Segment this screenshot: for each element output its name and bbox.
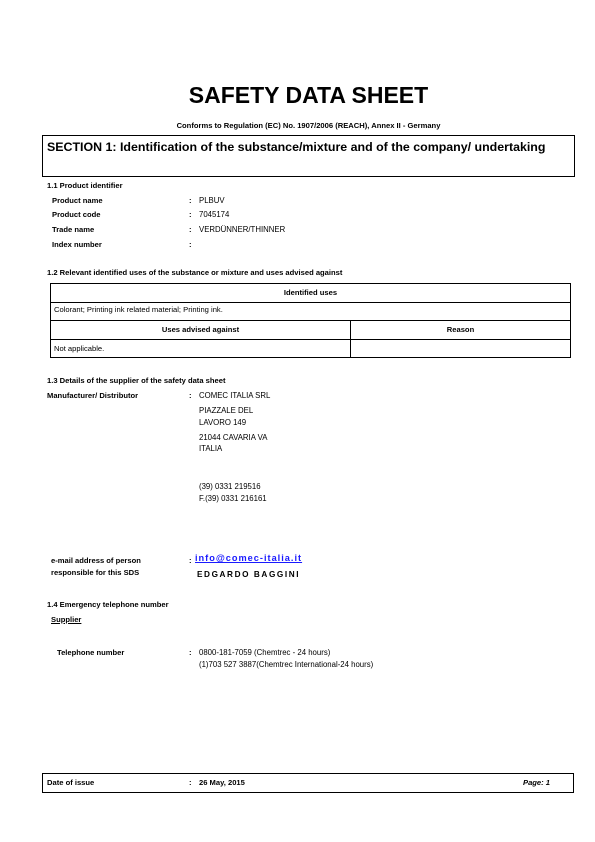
table-row: Identified uses	[51, 284, 571, 303]
address-line-4: ITALIA	[199, 444, 222, 453]
colon: :	[189, 391, 192, 400]
product-code-label: Product code	[52, 210, 101, 219]
identified-uses-table: Identified uses Colorant; Printing ink r…	[50, 283, 571, 358]
email-label-line-1: e-mail address of person	[51, 556, 141, 565]
supplier-subheading: Supplier	[51, 615, 81, 624]
telephone-line-2: (1)703 527 3887(Chemtrec International-2…	[199, 660, 373, 669]
colon: :	[189, 648, 192, 657]
email-label-line-2: responsible for this SDS	[51, 568, 139, 577]
email-link[interactable]: info@comec-italia.it	[195, 553, 302, 563]
emergency-telephone-heading: 1.4 Emergency telephone number	[47, 600, 169, 609]
responsible-person: EDGARDO BAGGINI	[197, 570, 300, 579]
address-line-1: PIAZZALE DEL	[199, 406, 253, 415]
colon: :	[189, 225, 192, 234]
colon: :	[189, 556, 192, 565]
product-identifier-heading: 1.1 Product identifier	[47, 181, 123, 190]
company-name: COMEC ITALIA SRL	[199, 391, 270, 400]
colon: :	[189, 778, 192, 787]
document-title: SAFETY DATA SHEET	[0, 82, 595, 109]
colon: :	[189, 196, 192, 205]
index-number-label: Index number	[52, 240, 102, 249]
manufacturer-distributor-label: Manufacturer/ Distributor	[47, 391, 138, 400]
table-row: Colorant; Printing ink related material;…	[51, 302, 571, 321]
telephone-number-label: Telephone number	[57, 648, 124, 657]
colon: :	[189, 240, 192, 249]
section-1-title: SECTION 1: Identification of the substan…	[47, 139, 567, 156]
identified-uses-heading: 1.2 Relevant identified uses of the subs…	[47, 268, 342, 277]
trade-name-label: Trade name	[52, 225, 94, 234]
colon: :	[189, 210, 192, 219]
uses-advised-against-header: Uses advised against	[51, 321, 351, 340]
table-row: Uses advised against Reason	[51, 321, 571, 340]
date-of-issue-label: Date of issue	[47, 778, 94, 787]
product-name-label: Product name	[52, 196, 103, 205]
supplier-details-heading: 1.3 Details of the supplier of the safet…	[47, 376, 226, 385]
address-line-2: LAVORO 149	[199, 418, 246, 427]
trade-name-value: VERDÜNNER/THINNER	[199, 225, 285, 234]
product-code-value: 7045174	[199, 210, 229, 219]
footer-box	[42, 773, 574, 793]
identified-uses-header: Identified uses	[51, 284, 571, 303]
phone-number: (39) 0331 219516	[199, 482, 261, 491]
address-line-3: 21044 CAVARIA VA	[199, 433, 267, 442]
regulation-subtitle: Conforms to Regulation (EC) No. 1907/200…	[0, 121, 595, 130]
uses-advised-against-value: Not applicable.	[51, 339, 351, 358]
reason-header: Reason	[351, 321, 571, 340]
reason-value	[351, 339, 571, 358]
fax-number: F.(39) 0331 216161	[199, 494, 267, 503]
product-name-value: PLBUV	[199, 196, 225, 205]
date-of-issue-value: 26 May, 2015	[199, 778, 245, 787]
identified-uses-value: Colorant; Printing ink related material;…	[51, 302, 571, 321]
telephone-line-1: 0800-181-7059 (Chemtrec - 24 hours)	[199, 648, 330, 657]
page-number: Page: 1	[523, 778, 550, 787]
table-row: Not applicable.	[51, 339, 571, 358]
